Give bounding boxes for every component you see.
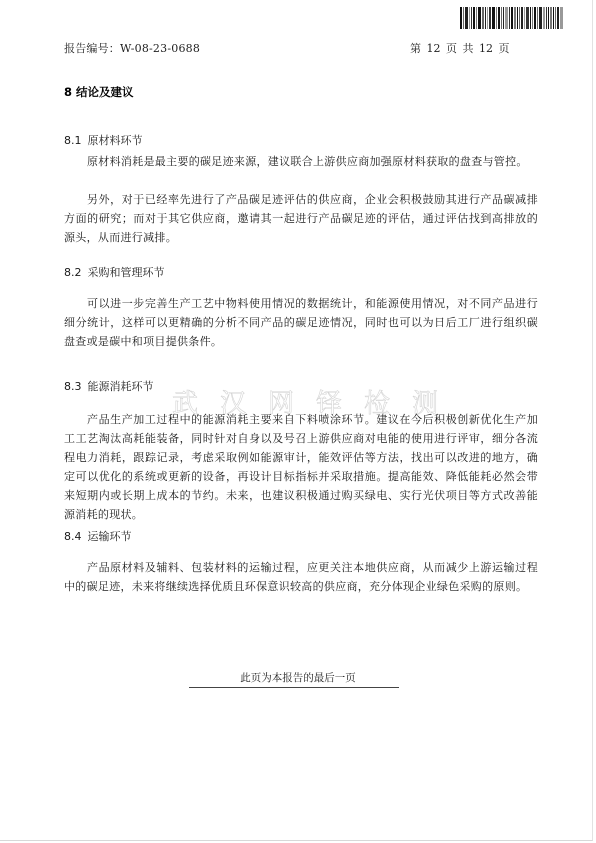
barcode-bar [487, 7, 488, 29]
barcode-bar [532, 7, 533, 29]
barcode-bar [514, 7, 516, 29]
section-title-text: 运输环节 [88, 530, 132, 543]
section-title-text: 采购和管理环节 [88, 266, 165, 279]
divider-line [189, 687, 399, 688]
barcode-bar [505, 7, 508, 29]
section-title-text: 能源消耗环节 [88, 380, 154, 393]
barcode-bar [478, 7, 481, 29]
barcode-bar [550, 7, 552, 29]
barcode-bar [471, 7, 472, 29]
paragraph-8-4-1: 产品原材料及辅料、包装材料的运输过程，应更关注本地供应商，从而减少上游运输过程中… [64, 558, 538, 596]
paragraph-8-2-1: 可以进一步完善生产工艺中物料使用情况的数据统计，和能源使用情况，对不同产品进行细… [64, 294, 538, 351]
paragraph-8-3-1: 产品生产加工过程中的能源消耗主要来自下料喷涂环节。建议在今后积极创新优化生产加工… [64, 410, 538, 524]
barcode-bar [496, 7, 497, 29]
chapter-title-text: 结论及建议 [76, 85, 134, 99]
barcode-bar [476, 7, 477, 29]
section-title-8-4: 8.4运输环节 [64, 528, 132, 544]
barcode-bar [482, 7, 484, 29]
barcode-bar [530, 7, 531, 29]
barcode-bar [537, 7, 538, 29]
barcode-bar [534, 7, 536, 29]
barcode-bar [498, 7, 500, 29]
section-number: 8.4 [64, 530, 82, 543]
barcode-bar [509, 7, 510, 29]
barcode-bar [519, 7, 520, 29]
report-number-label: 报告编号： [64, 42, 120, 55]
section-number: 8.2 [64, 266, 82, 279]
chapter-number: 8 [64, 85, 72, 99]
barcode-bar [548, 7, 549, 29]
report-page: 报告编号：W-08-23-0688 第 12 页 共 12 页 8 结论及建议 … [0, 0, 593, 841]
barcode-bar [517, 7, 518, 29]
section-number: 8.1 [64, 134, 82, 147]
barcode-bar [526, 7, 529, 29]
barcode-bar [521, 7, 523, 29]
barcode-bar [553, 7, 554, 29]
barcode-bar [463, 7, 464, 29]
section-title-8-1: 8.1原材料环节 [64, 132, 143, 148]
section-number: 8.3 [64, 380, 82, 393]
barcode-bar [485, 7, 486, 29]
barcode-bar [546, 7, 547, 29]
barcode-bar [465, 7, 468, 29]
barcode-bar [539, 7, 542, 29]
barcode-bar [555, 7, 556, 29]
barcode-bar [524, 7, 525, 29]
page-indicator: 第 12 页 共 12 页 [410, 40, 509, 56]
barcode-bar [503, 7, 504, 29]
last-page-note: 此页为本报告的最后一页 [0, 670, 596, 685]
section-title-text: 原材料环节 [88, 134, 143, 147]
barcode-bar [469, 7, 470, 29]
report-number-value: W-08-23-0688 [120, 42, 200, 55]
section-title-8-3: 8.3能源消耗环节 [64, 378, 154, 394]
barcode-bar [560, 7, 563, 29]
barcode-bar [473, 7, 475, 29]
barcode-bar [460, 7, 462, 29]
chapter-title: 8 结论及建议 [64, 84, 134, 100]
barcode-icon [460, 7, 570, 29]
barcode-bar [489, 7, 491, 29]
barcode-bar [557, 7, 559, 29]
barcode-bar [492, 7, 495, 29]
barcode-bar [511, 7, 513, 29]
report-number: 报告编号：W-08-23-0688 [64, 40, 200, 56]
section-title-8-2: 8.2采购和管理环节 [64, 264, 165, 280]
barcode-bar [501, 7, 502, 29]
paragraph-8-1-1: 原材料消耗是最主要的碳足迹来源，建议联合上游供应商加强原材料获取的盘查与管控。 [64, 152, 538, 171]
barcode-bar [543, 7, 545, 29]
paragraph-8-1-2: 另外，对于已经率先进行了产品碳足迹评估的供应商，企业会积极鼓励其进行产品碳减排方… [64, 190, 538, 247]
